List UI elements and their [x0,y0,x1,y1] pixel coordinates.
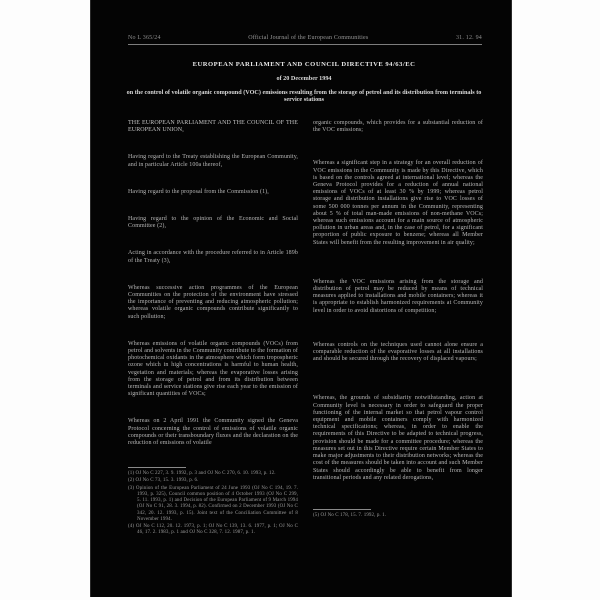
recital-5: Whereas the VOC emissions arising from t… [313,279,483,315]
footnote-1: (1) OJ No C 227, 3. 9. 1992, p. 3 and OJ… [128,471,298,477]
recital-4: Whereas a significant step in a strategy… [313,160,483,246]
recital-2: Whereas emissions of volatile organic co… [128,341,298,399]
directive-title-block: EUROPEAN PARLIAMENT AND COUNCIL DIRECTIV… [121,61,487,104]
citation-commission-proposal: Having regard to the proposal from the C… [128,189,298,196]
directive-date: of 20 December 1994 [121,75,487,82]
footnote-4: (4) OJ No C 112, 20. 12. 1973, p. 1; OJ … [128,524,298,536]
recital-3-continued: organic compounds, which provides for a … [313,120,483,134]
header-page-number: No L 365/24 [128,35,161,41]
header-date: 31. 12. 94 [456,35,482,41]
recital-6: Whereas controls on the techniques used … [313,342,483,364]
screenshot-canvas: No L 365/24 Official Journal of the Euro… [0,0,600,600]
directive-title: EUROPEAN PARLIAMENT AND COUNCIL DIRECTIV… [121,61,487,68]
footnotes-left: (1) OJ No C 227, 3. 9. 1992, p. 3 and OJ… [128,467,298,536]
footnotes-right: (5) OJ No C 178, 15. 7. 1992, p. 1. [313,509,483,519]
footnote-rule [128,467,186,468]
footnote-3: (3) Opinion of the European Parliament o… [128,486,298,523]
citation-procedure: Acting in accordance with the procedure … [128,250,298,264]
header-journal-title: Official Journal of the European Communi… [248,35,368,41]
recital-3: Whereas on 2 April 1991 the Community si… [128,418,298,447]
footnote-2: (2) OJ No C 73, 15. 3. 1993, p. 6. [128,478,298,484]
preamble-enacting-authority: THE EUROPEAN PARLIAMENT AND THE COUNCIL … [128,120,298,134]
directive-subtitle: on the control of volatile organic compo… [121,89,487,104]
page-header: No L 365/24 Official Journal of the Euro… [128,35,482,45]
document-page: No L 365/24 Official Journal of the Euro… [90,0,512,597]
citation-esc-opinion: Having regard to the opinion of the Econ… [128,216,298,230]
recital-1: Whereas successive action programmes of … [128,285,298,321]
footnote-rule [313,509,371,510]
right-column: organic compounds, which provides for a … [313,120,483,520]
footnote-5: (5) OJ No C 178, 15. 7. 1992, p. 1. [313,513,483,519]
citation-treaty: Having regard to the Treaty establishing… [128,154,298,168]
recital-7: Whereas, the grounds of subsidiarity not… [313,395,483,481]
left-column: THE EUROPEAN PARLIAMENT AND THE COUNCIL … [128,120,298,537]
